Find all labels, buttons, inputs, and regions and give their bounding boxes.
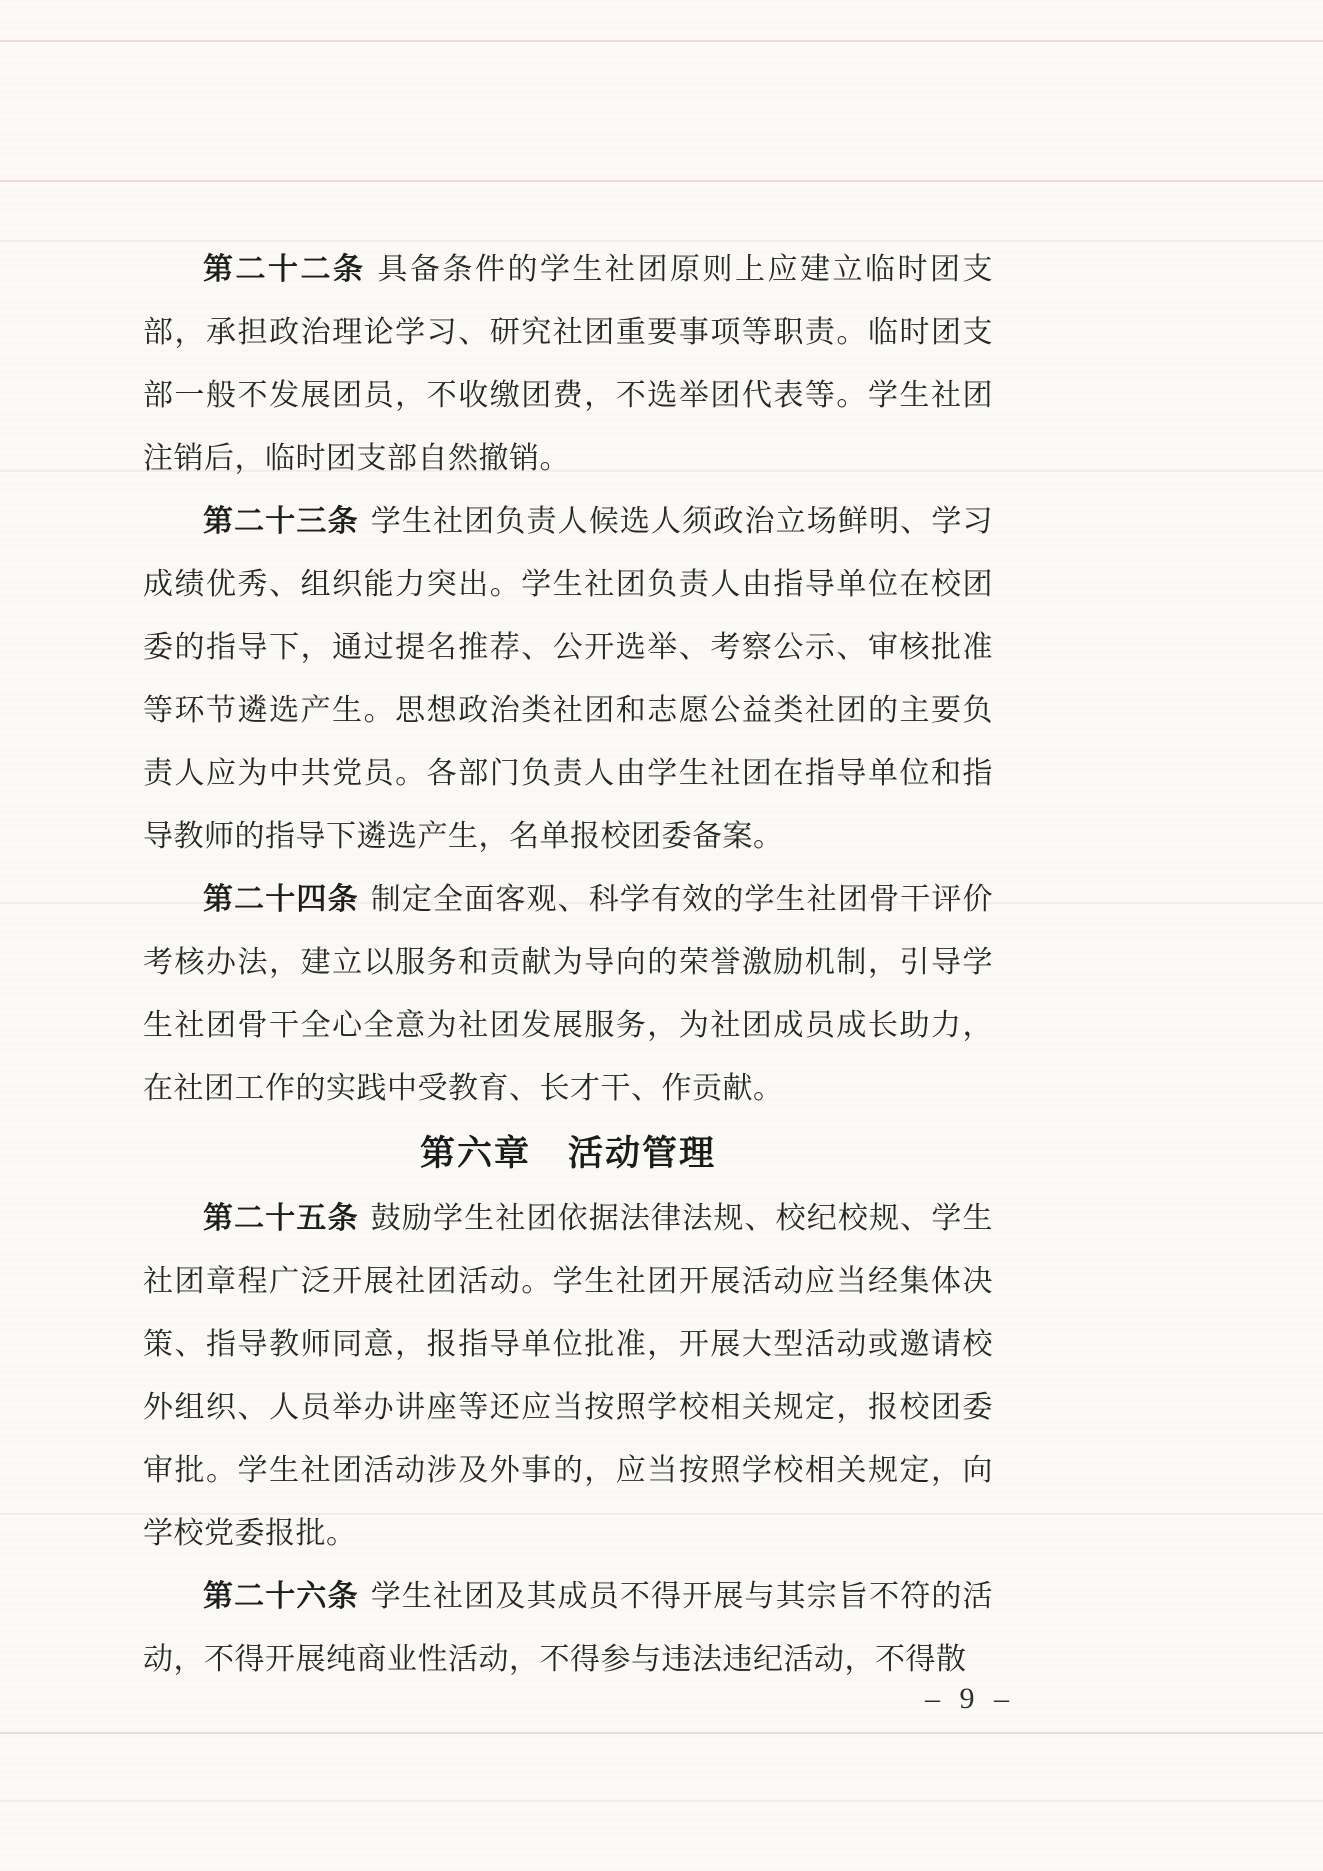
article-23-label: 第二十三条	[203, 505, 359, 538]
scan-artifact-line	[0, 40, 1323, 42]
article-24-label: 第二十四条	[203, 883, 359, 916]
page-number: – 9 –	[880, 1682, 1060, 1716]
chapter-6-heading: 第六章 活动管理	[143, 1122, 993, 1185]
article-25-paragraph: 第二十五条鼓励学生社团依据法律法规、校纪校规、学生社团章程广泛开展社团活动。学生…	[143, 1187, 993, 1565]
scan-artifact-line	[0, 1800, 1323, 1802]
article-26-label: 第二十六条	[203, 1580, 359, 1613]
scanned-document-page: 第二十二条具备条件的学生社团原则上应建立临时团支部，承担政治理论学习、研究社团重…	[0, 0, 1323, 1871]
article-25-label: 第二十五条	[203, 1202, 359, 1235]
article-23-paragraph: 第二十三条学生社团负责人候选人须政治立场鲜明、学习成绩优秀、组织能力突出。学生社…	[143, 490, 993, 868]
article-22-label: 第二十二条	[203, 253, 366, 286]
article-26-paragraph: 第二十六条学生社团及其成员不得开展与其宗旨不符的活动，不得开展纯商业性活动，不得…	[143, 1565, 993, 1691]
article-24-text: 制定全面客观、科学有效的学生社团骨干评价考核办法，建立以服务和贡献为导向的荣誉激…	[143, 883, 993, 1105]
article-23-text: 学生社团负责人候选人须政治立场鲜明、学习成绩优秀、组织能力突出。学生社团负责人由…	[143, 505, 993, 853]
article-24-paragraph: 第二十四条制定全面客观、科学有效的学生社团骨干评价考核办法，建立以服务和贡献为导…	[143, 868, 993, 1120]
scan-artifact-line	[0, 1732, 1323, 1734]
article-22-paragraph: 第二十二条具备条件的学生社团原则上应建立临时团支部，承担政治理论学习、研究社团重…	[143, 238, 993, 490]
article-22-text: 具备条件的学生社团原则上应建立临时团支部，承担政治理论学习、研究社团重要事项等职…	[143, 253, 993, 475]
scan-artifact-line	[0, 180, 1323, 182]
document-body: 第二十二条具备条件的学生社团原则上应建立临时团支部，承担政治理论学习、研究社团重…	[143, 238, 993, 1691]
article-25-text: 鼓励学生社团依据法律法规、校纪校规、学生社团章程广泛开展社团活动。学生社团开展活…	[143, 1202, 993, 1550]
